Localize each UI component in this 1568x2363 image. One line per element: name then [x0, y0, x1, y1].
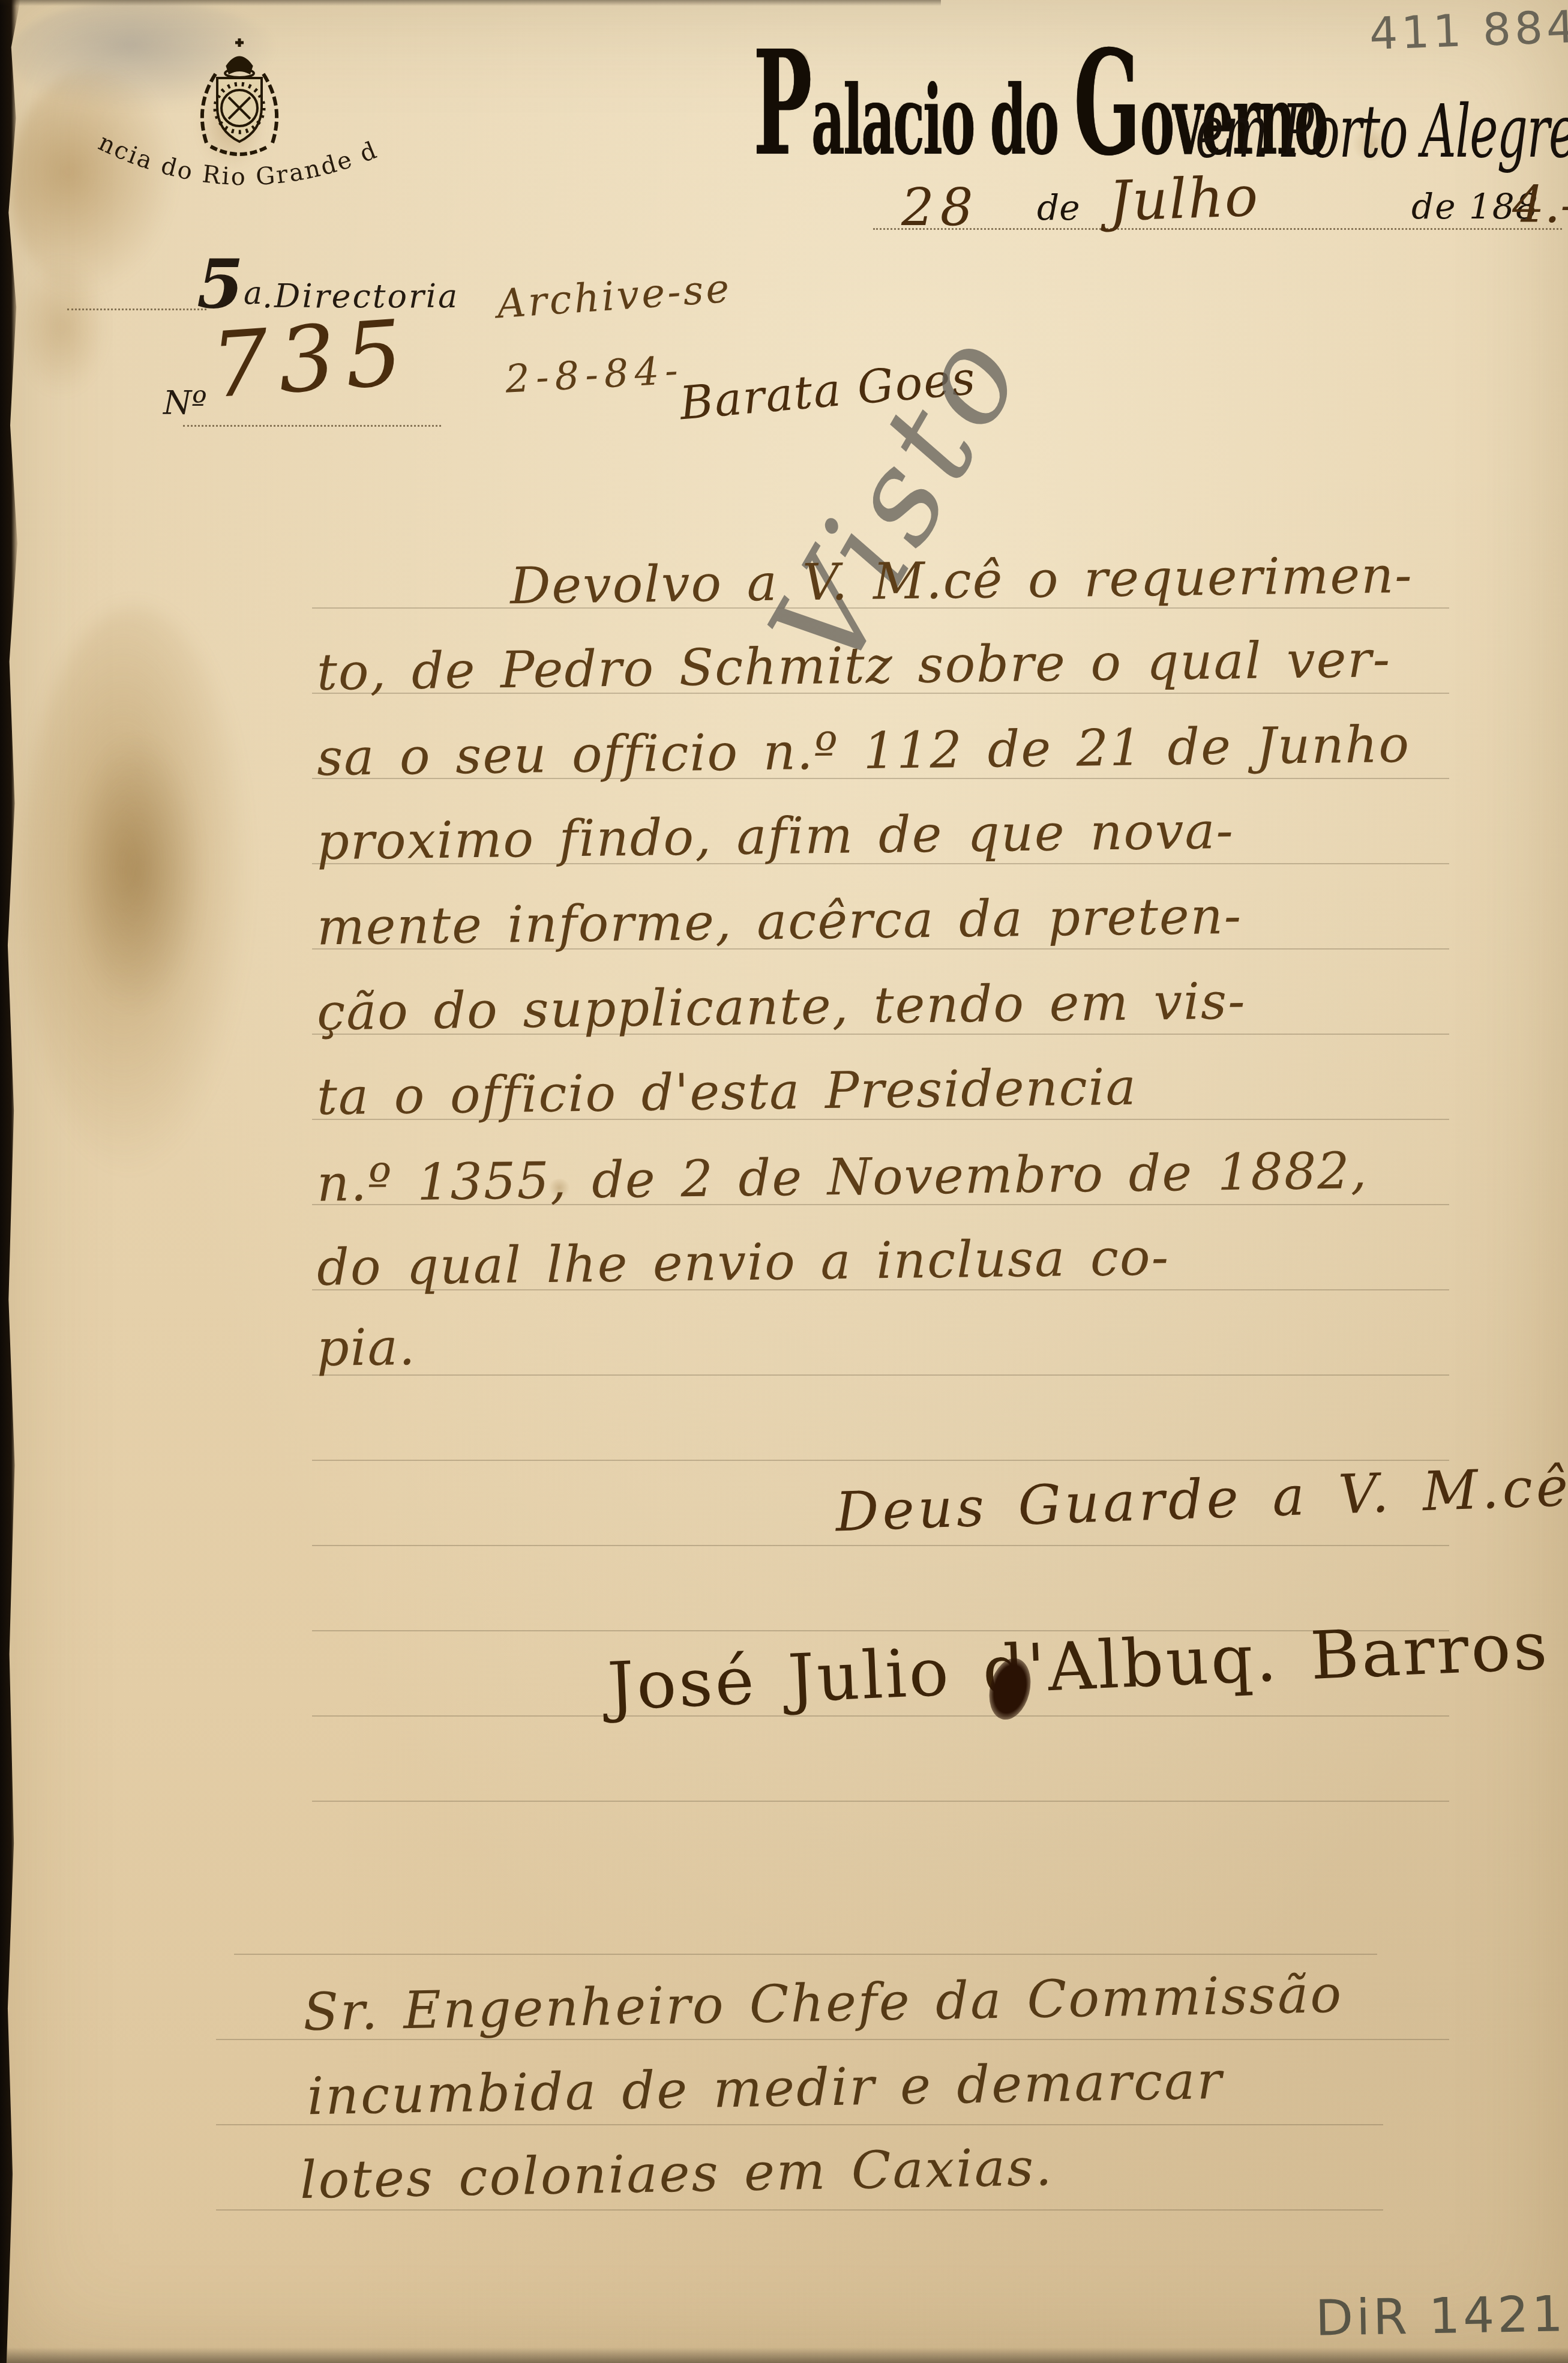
addressee-line: incumbida de medir e demarcar — [307, 2051, 1224, 2127]
date-of-printed: de — [1037, 187, 1080, 228]
body-text-line: do qual lhe envio a inclusa co- — [316, 1227, 1170, 1296]
directorate-number: 5 — [197, 245, 244, 324]
archive-annotation-line1: Archive-se — [496, 265, 733, 327]
faint-rule-line — [312, 1801, 1449, 1802]
date-year-handwritten: 4.— — [1512, 175, 1568, 234]
brown-stain-core — [72, 732, 204, 1014]
faint-rule-line — [312, 1715, 1449, 1717]
manuscript-letter-page: Provincia do Rio Grande do Sul. Palacio … — [0, 0, 1568, 2363]
dotted-leader-directorate — [67, 309, 206, 310]
addressee-line: lotes coloniaes em Caxias. — [299, 2137, 1054, 2211]
imperial-coat-of-arms-icon: Provincia do Rio Grande do Sul. — [89, 34, 401, 217]
body-text-line: pia. — [316, 1317, 416, 1377]
addressee-line: Sr. Engenheiro Chefe da Commissão — [302, 1964, 1344, 2042]
body-text-line: sa o seu officio n.º 112 de 21 de Junho — [316, 715, 1410, 787]
dotted-leader-number — [183, 425, 441, 427]
brown-stain-large — [20, 606, 248, 1170]
bottom-edge-shadow — [0, 2347, 1568, 2363]
letterhead-initial-p: P — [753, 18, 811, 187]
body-text-line: ta o officio d'esta Presidencia — [316, 1058, 1137, 1127]
directorate-sup: a — [244, 275, 262, 312]
archive-annotation-line2: 2-8-84- — [504, 348, 685, 402]
date-month-handwritten: Julho — [1108, 164, 1260, 234]
letterhead-location: em Porto Alegre. — [1195, 89, 1568, 175]
letterhead-title-part1: alacio do — [811, 65, 1074, 176]
protocol-number-handwritten: 735 — [208, 301, 415, 419]
number-label: Nº — [163, 384, 207, 422]
closing-formula: Deus Guarde a V. M.cê — [835, 1455, 1568, 1544]
letterhead-initial-g: G — [1074, 18, 1140, 187]
date-day-handwritten: 28 — [901, 178, 979, 238]
body-text-line: proximo findo, afim de que nova- — [316, 801, 1234, 871]
body-text-line: mente informe, acêrca da preten- — [316, 887, 1242, 957]
faint-rule-line — [312, 1460, 1449, 1461]
faint-rule-line — [234, 1954, 1377, 1955]
faint-rule-line — [312, 1545, 1449, 1546]
brown-stain-left — [17, 258, 107, 396]
top-edge-shadow — [0, 0, 941, 6]
body-text-line: ção do supplicante, tendo em vis- — [316, 972, 1246, 1042]
faint-rule-line — [312, 1374, 1449, 1376]
archival-code-bottom-right: DiR 1421 — [1315, 2286, 1566, 2347]
body-text-line: to, de Pedro Schmitz sobre o qual ver- — [316, 630, 1391, 702]
president-signature: José Julio d'Albuq. Barros — [606, 1607, 1551, 1725]
body-text-line: Devolvo a V. M.cê o requerimen- — [509, 546, 1413, 615]
faint-rule-line — [216, 2209, 1383, 2211]
body-text-line: n.º 1355, de 2 de Novembro de 1882, — [316, 1141, 1368, 1212]
torn-left-edge — [0, 0, 20, 2363]
archival-code-top-right: 411 884 — [1369, 1, 1568, 60]
